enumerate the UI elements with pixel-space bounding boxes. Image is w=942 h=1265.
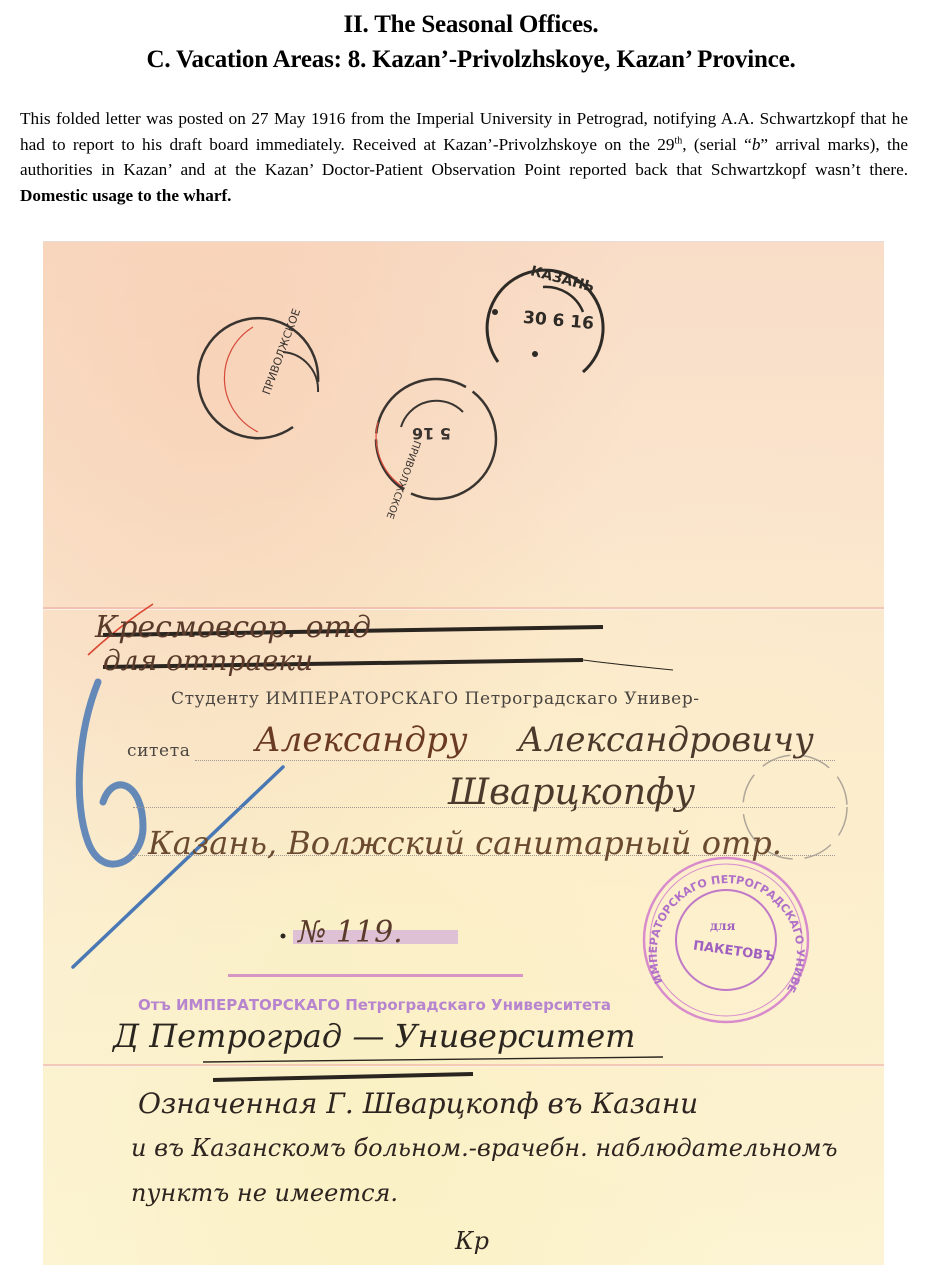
reply-note-line-2: и въ Казанскомъ больном.-врачебн. наблюд… — [131, 1134, 838, 1162]
description-text-2: , (serial “ — [682, 135, 752, 154]
privolzhskoye-postmark-2-label: ПРИВОЛЖСКОЕ — [384, 439, 422, 520]
recipient-first-name: Александру — [255, 720, 468, 760]
section-title: II. The Seasonal Offices. — [0, 8, 942, 42]
page-title: C. Vacation Areas: 8. Kazan’-Privolzhsko… — [0, 43, 942, 77]
description-usage-note: Domestic usage to the wharf. — [20, 186, 231, 205]
seal-inner-text-2: ПАКЕТОВЪ — [692, 938, 776, 964]
recipient-surname: Шварцкопфу — [448, 772, 695, 813]
reply-note-line-3: пунктъ не имеется. — [131, 1179, 398, 1207]
seal-inner-text-1: для — [710, 919, 735, 933]
crossed-address-line-1: Кресмовсор. отд — [94, 610, 371, 645]
description-paragraph: This folded letter was posted on 27 May … — [20, 106, 908, 208]
return-address-line: Д Петроград — Университет — [113, 1017, 636, 1055]
number-stamp-text: № 119. — [296, 915, 403, 950]
folded-letter-image: КАЗАНЬ 30 6 16 ПРИВОЛЖСКОЕ 5 16 ПРИВОЛЖС… — [43, 241, 884, 1265]
printed-university-suffix: ситета — [127, 741, 190, 761]
privolzhskoye-postmark-1 — [198, 318, 318, 438]
sender-stamp: Отъ ИМПЕРАТОРСКАГО Петроградскаго Универ… — [138, 996, 611, 1014]
recipient-address: Казань, Волжский санитарный отр. — [148, 824, 782, 862]
reply-note-signature: Кр — [455, 1227, 489, 1255]
reply-note-line-1: Означенная Г. Шварцкопф въ Казани — [138, 1087, 698, 1120]
underline-strokes — [203, 1057, 663, 1080]
kazan-postmark-date: 30 6 16 — [522, 308, 594, 334]
recipient-patronymic: Александровичу — [518, 720, 814, 760]
printed-addressee-line: Студенту ИМПЕРАТОРСКАГО Петроградскаго У… — [171, 689, 700, 709]
privolzhskoye-postmark-1-label: ПРИВОЛЖСКОЕ — [260, 307, 303, 397]
crossed-address-line-2: для отправки — [103, 644, 313, 677]
address-rule — [195, 760, 835, 761]
